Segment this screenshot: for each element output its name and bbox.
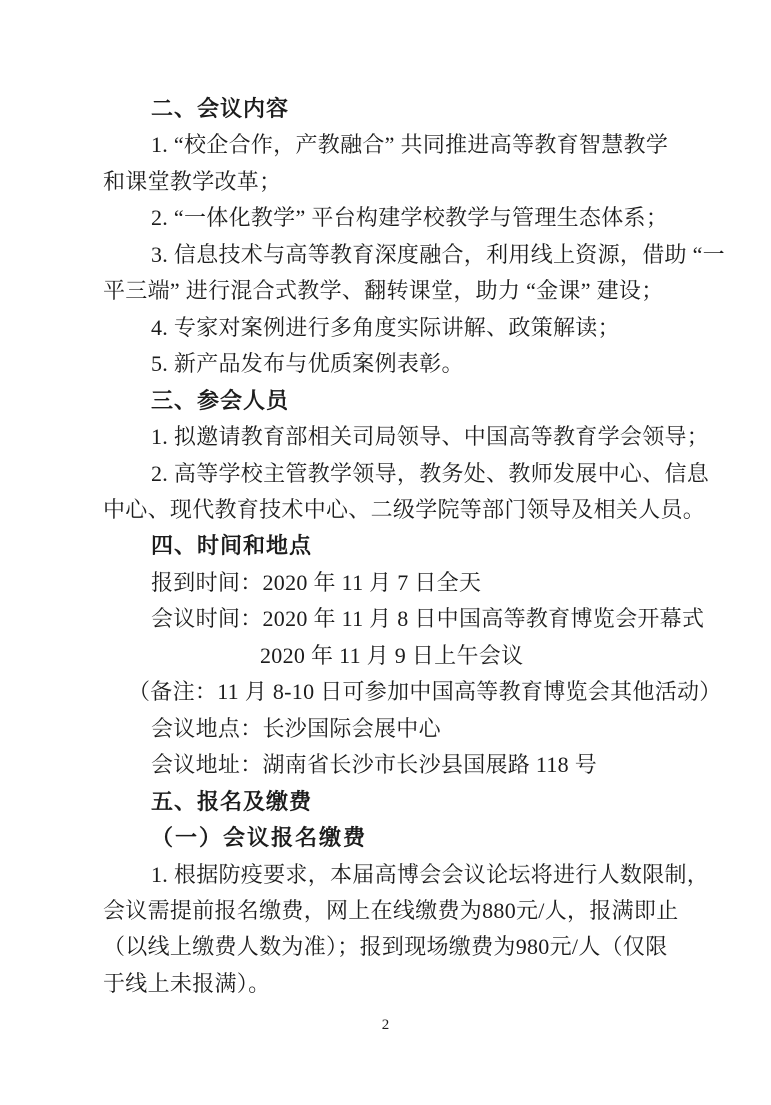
document-page: 二、会议内容1. “校企合作，产教融合” 共同推进高等教育智慧教学和课堂教学改革… — [0, 0, 771, 1105]
text-line: 会议地点：长沙国际会展中心 — [103, 711, 675, 747]
text-line: 1. 拟邀请教育部相关司局领导、中国高等教育学会领导； — [103, 419, 675, 455]
text-line: 2020 年 11 月 9 日上午会议 — [103, 638, 675, 674]
text-line: 5. 新产品发布与优质案例表彰。 — [103, 346, 675, 382]
text-line: 4. 专家对案例进行多角度实际讲解、政策解读； — [103, 310, 675, 346]
text-line: 2. “一体化教学” 平台构建学校教学与管理生态体系； — [103, 200, 675, 236]
page-footer: 2 — [0, 1016, 771, 1034]
text-line: （备注：11 月 8-10 日可参加中国高等教育博览会其他活动） — [103, 674, 675, 710]
text-line: 会议时间：2020 年 11 月 8 日中国高等教育博览会开幕式 — [103, 601, 675, 637]
section-heading: 五、报名及缴费 — [103, 784, 675, 820]
text-line: 会议需提前报名缴费，网上在线缴费为880元/人，报满即止 — [103, 893, 675, 929]
text-line: 3. 信息技术与高等教育深度融合，利用线上资源，借助 “一 — [103, 237, 675, 273]
text-line: （以线上缴费人数为准）；报到现场缴费为980元/人（仅限 — [103, 929, 675, 965]
section-heading: 二、会议内容 — [103, 91, 675, 127]
text-line: 中心、现代教育技术中心、二级学院等部门领导及相关人员。 — [103, 492, 675, 528]
document-body: 二、会议内容1. “校企合作，产教融合” 共同推进高等教育智慧教学和课堂教学改革… — [103, 91, 675, 1002]
text-line: 1. “校企合作，产教融合” 共同推进高等教育智慧教学 — [103, 127, 675, 163]
text-line: 报到时间：2020 年 11 月 7 日全天 — [103, 565, 675, 601]
section-heading: 三、参会人员 — [103, 383, 675, 419]
text-line: 1. 根据防疫要求，本届高博会会议论坛将进行人数限制， — [103, 857, 675, 893]
section-heading: 四、时间和地点 — [103, 528, 675, 564]
text-line: 于线上未报满）。 — [103, 966, 675, 1002]
text-line: 会议地址：湖南省长沙市长沙县国展路 118 号 — [103, 747, 675, 783]
text-line: 和课堂教学改革； — [103, 164, 675, 200]
text-line: 2. 高等学校主管教学领导，教务处、教师发展中心、信息 — [103, 456, 675, 492]
text-line: 平三端” 进行混合式教学、翻转课堂，助力 “金课” 建设； — [103, 273, 675, 309]
sub-section-heading: （一）会议报名缴费 — [103, 820, 675, 856]
page-number: 2 — [382, 1017, 390, 1033]
